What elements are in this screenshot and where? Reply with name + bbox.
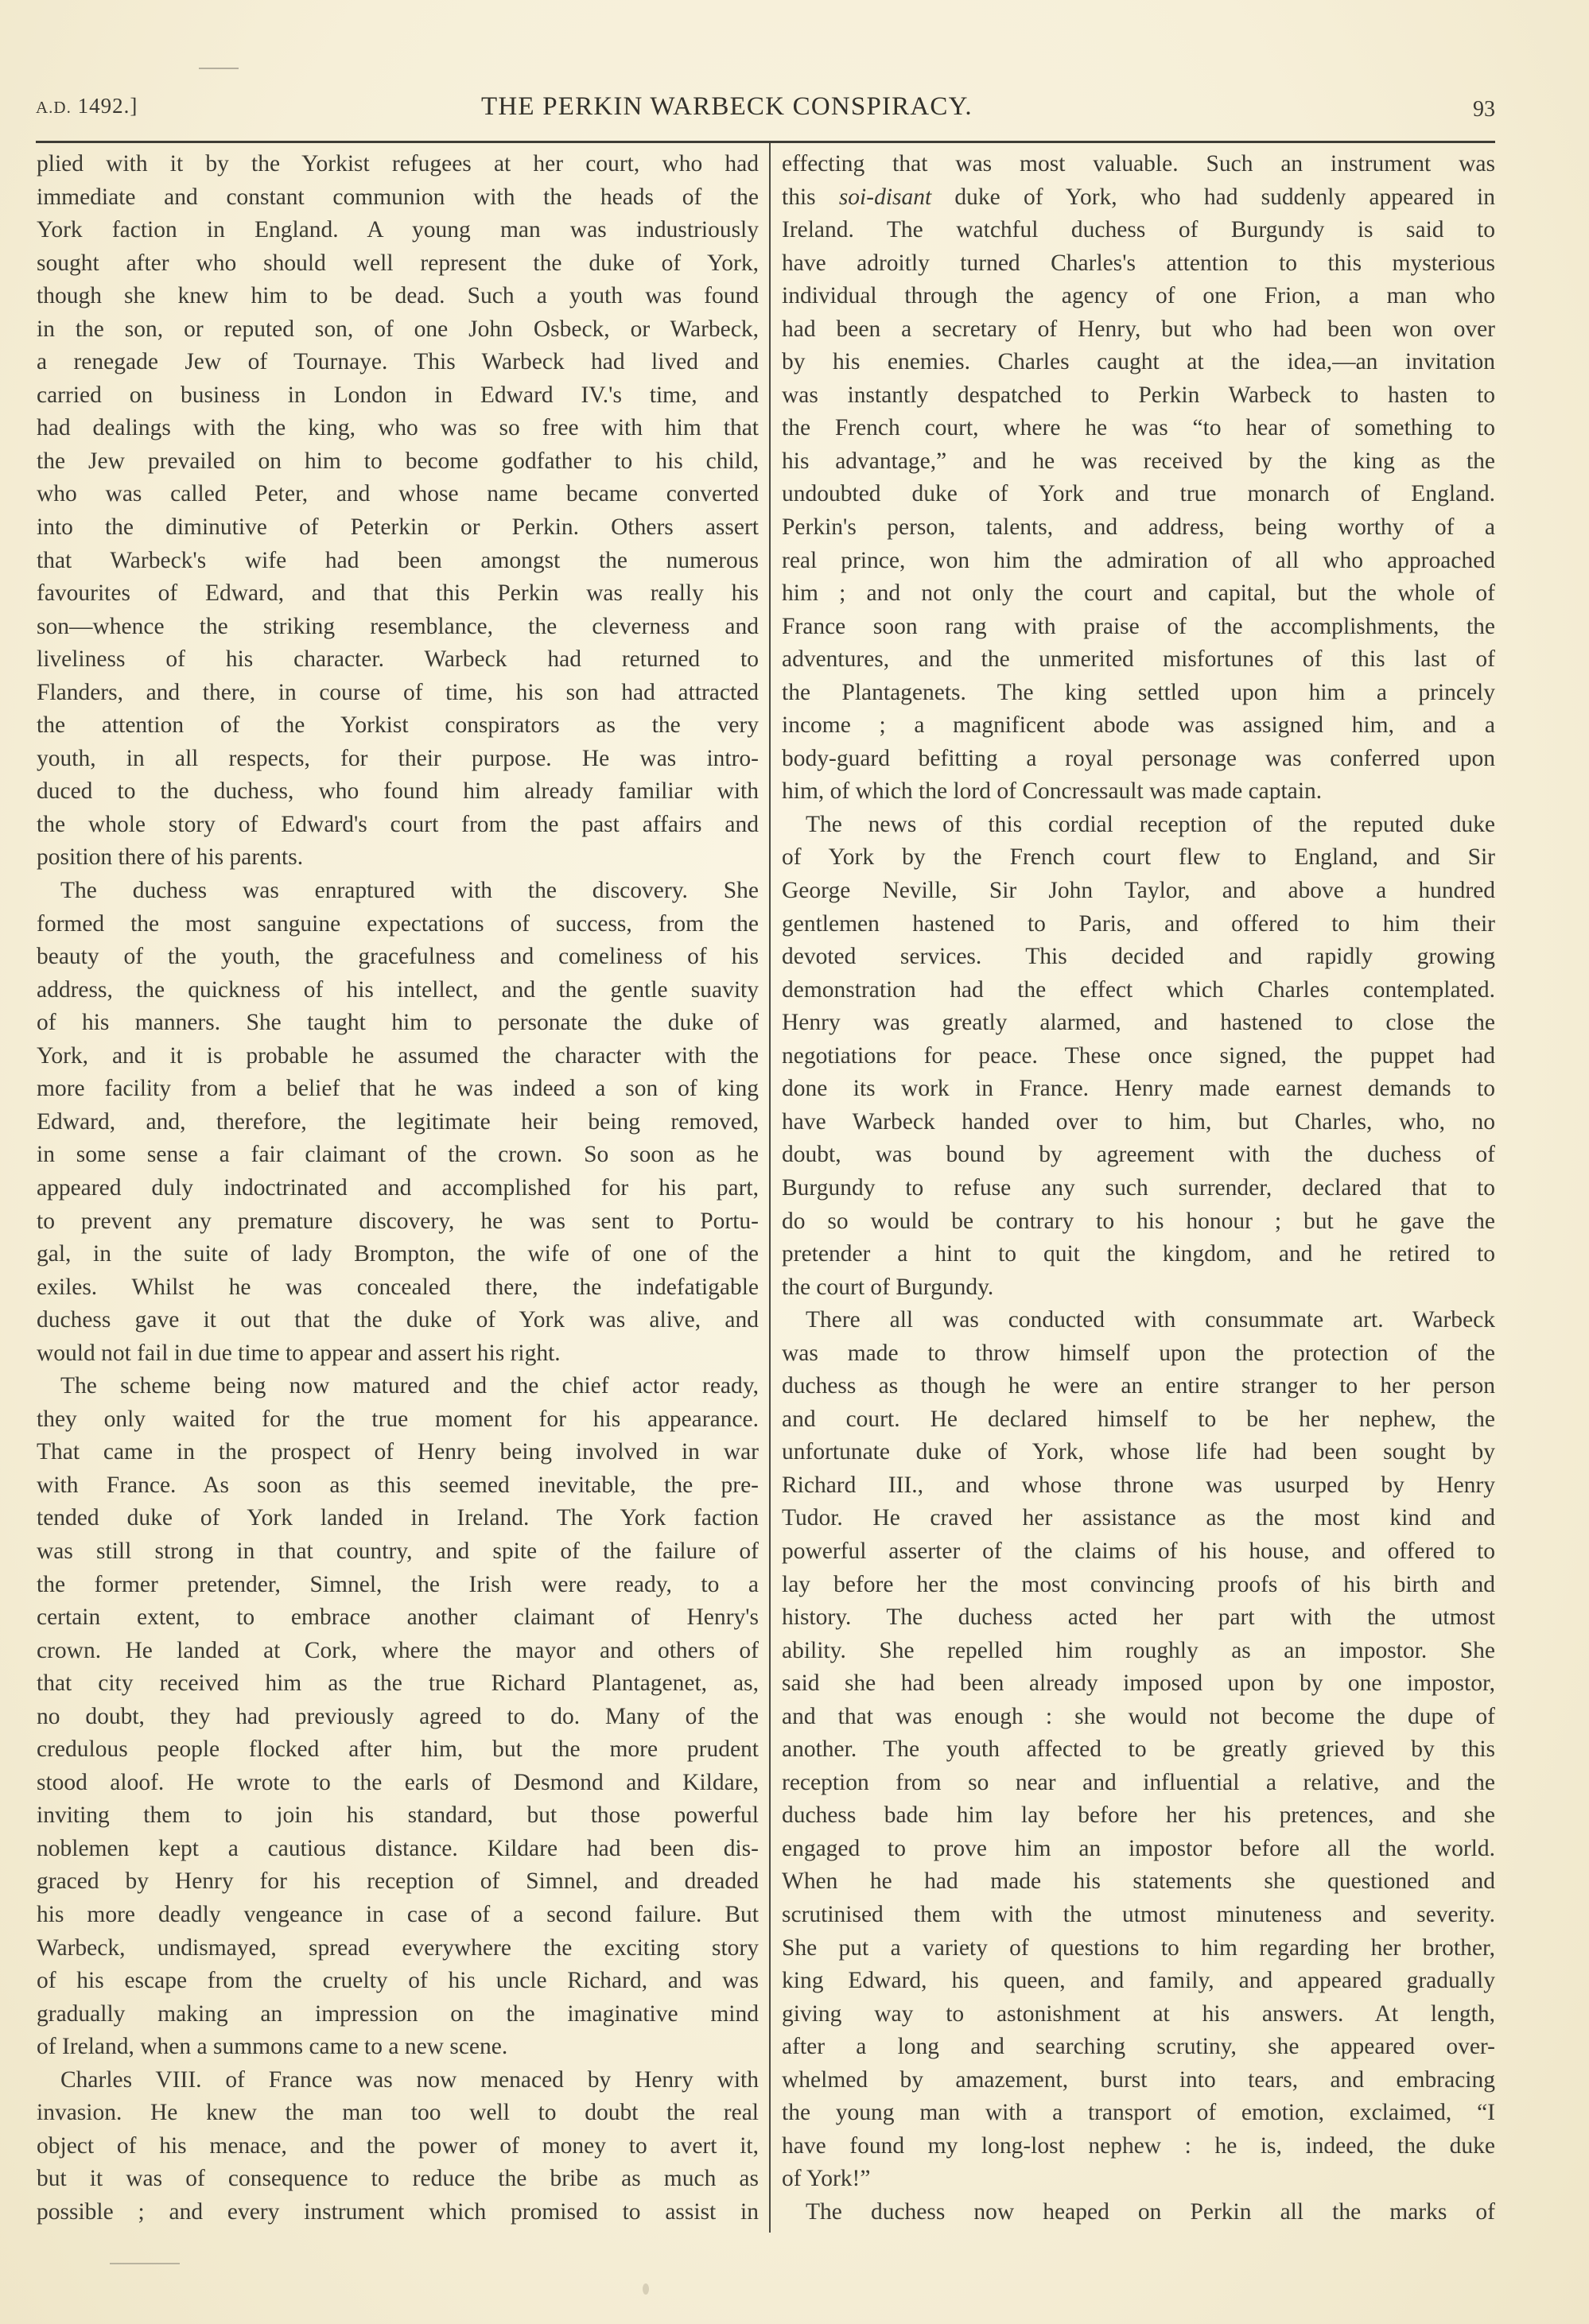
text-line: plied with it by the Yorkist refugees at… [37, 148, 759, 181]
text-line: liveliness of his character. Warbeck had… [37, 643, 759, 677]
text-line: Burgundy to refuse any such surrender, d… [782, 1172, 1495, 1205]
text-line: in some sense a fair claimant of the cro… [37, 1139, 759, 1172]
paper-stain [643, 2283, 649, 2295]
text-line: Tudor. He craved her assistance as the m… [782, 1502, 1495, 1535]
text-line: they only waited for the true moment for… [37, 1403, 759, 1437]
text-line: beauty of the youth, the gracefulness an… [37, 941, 759, 974]
text-line: Henry was greatly alarmed, and hastened … [782, 1007, 1495, 1040]
text-line: York, and it is probable he assumed the … [37, 1040, 759, 1073]
text-line: stood aloof. He wrote to the earls of De… [37, 1767, 759, 1800]
text-line: gradually making an impression on the im… [37, 1998, 759, 2031]
text-line: noblemen kept a cautious distance. Kilda… [37, 1833, 759, 1866]
text-line: position there of his parents. [37, 841, 759, 875]
text-line: giving way to astonishment at his answer… [782, 1998, 1495, 2031]
text-line: George Neville, Sir John Taylor, and abo… [782, 875, 1495, 908]
text-line: who was called Peter, and whose name bec… [37, 478, 759, 511]
text-line: duchess bade him lay before her his pret… [782, 1799, 1495, 1833]
text-line: Edward, and, therefore, the legitimate h… [37, 1106, 759, 1139]
running-header: A.D. 1492.] THE PERKIN WARBECK CONSPIRAC… [36, 94, 1495, 126]
text-line: possible ; and every instrument which pr… [37, 2196, 759, 2229]
text-line: youth, in all respects, for their purpos… [37, 743, 759, 776]
text-line: The scheme being now matured and the chi… [37, 1370, 759, 1403]
text-line: crown. He landed at Cork, where the mayo… [37, 1635, 759, 1668]
text-line: his advantage,” and he was received by t… [782, 445, 1495, 479]
text-line: certain extent, to embrace another claim… [37, 1601, 759, 1635]
text-line: effecting that was most valuable. Such a… [782, 148, 1495, 181]
text-line: and court. He declared himself to be her… [782, 1403, 1495, 1437]
text-line: gentlemen hastened to Paris, and offered… [782, 908, 1495, 941]
text-line: Flanders, and there, in course of time, … [37, 677, 759, 710]
text-line: duchess gave it out that the duke of Yor… [37, 1304, 759, 1337]
text-line: his more deadly vengeance in case of a s… [37, 1899, 759, 1932]
text-line: was made to throw himself upon the prote… [782, 1337, 1495, 1371]
text-line: demonstration had the effect which Charl… [782, 974, 1495, 1007]
text-line: the young man with a transport of emotio… [782, 2097, 1495, 2130]
text-line: When he had made his statements she ques… [782, 1865, 1495, 1899]
text-line: tended duke of York landed in Ireland. T… [37, 1502, 759, 1535]
text-line: said she had been already imposed upon b… [782, 1667, 1495, 1701]
text-line: lay before her the most convincing proof… [782, 1569, 1495, 1602]
text-line: of York by the French court flew to Engl… [782, 841, 1495, 875]
text-line: the court of Burgundy. [782, 1271, 1495, 1305]
text-line: object of his menace, and the power of m… [37, 2130, 759, 2163]
text-line: favourites of Edward, and that this Perk… [37, 577, 759, 611]
text-line: this soi-disant duke of York, who had su… [782, 181, 1495, 215]
text-line: whelmed by amazement, burst into tears, … [782, 2064, 1495, 2097]
text-line: Ireland. The watchful duchess of Burgund… [782, 214, 1495, 247]
text-line: pretender a hint to quit the kingdom, an… [782, 1238, 1495, 1271]
text-line: the French court, where he was “to hear … [782, 412, 1495, 445]
text-line: him, of which the lord of Concressault w… [782, 775, 1495, 809]
text-line: body-guard befitting a royal personage w… [782, 743, 1495, 776]
text-line: that Warbeck's wife had been amongst the… [37, 545, 759, 578]
text-line: sought after who should well represent t… [37, 247, 759, 281]
text-line: another. The youth affected to be greatl… [782, 1733, 1495, 1767]
text-line: duchess as though he were an entire stra… [782, 1370, 1495, 1403]
text-line: York faction in England. A young man was… [37, 214, 759, 247]
running-date: A.D. 1492.] [36, 94, 138, 118]
left-column: plied with it by the Yorkist refugees at… [37, 148, 759, 2229]
text-line: the whole story of Edward's court from t… [37, 809, 759, 842]
text-line: history. The duchess acted her part with… [782, 1601, 1495, 1635]
text-line: in the son, or reputed son, of one John … [37, 313, 759, 347]
page-number: 93 [1473, 97, 1495, 122]
text-line: would not fail in due time to appear and… [37, 1337, 759, 1371]
italic-phrase: soi-disant [839, 184, 931, 210]
text-line: engaged to prove him an impostor before … [782, 1833, 1495, 1866]
text-line: ability. She repelled him roughly as an … [782, 1635, 1495, 1668]
text-line: and that was enough : she would not beco… [782, 1701, 1495, 1734]
text-line: was still strong in that country, and sp… [37, 1535, 759, 1569]
text-line: doubt, was bound by agreement with the d… [782, 1139, 1495, 1172]
text-line: formed the most sanguine expectations of… [37, 908, 759, 941]
footer-mark [110, 2263, 180, 2264]
text-line: with France. As soon as this seemed inev… [37, 1469, 759, 1503]
text-line: king Edward, his queen, and family, and … [782, 1965, 1495, 1998]
text-line: him ; and not only the court and capital… [782, 577, 1495, 611]
text-line: no doubt, they had previously agreed to … [37, 1701, 759, 1734]
text-line: though she knew him to be dead. Such a y… [37, 280, 759, 313]
text-line: exiles. Whilst he was concealed there, t… [37, 1271, 759, 1305]
text-line: There all was conducted with consummate … [782, 1304, 1495, 1337]
text-line: that city received him as the true Richa… [37, 1667, 759, 1701]
text-line: but it was of consequence to reduce the … [37, 2163, 759, 2196]
text-line: income ; a magnificent abode was assigne… [782, 709, 1495, 743]
text-line: scrutinised them with the utmost minuten… [782, 1899, 1495, 1932]
text-line: address, the quickness of his intellect,… [37, 974, 759, 1007]
text-line: adventures, and the unmerited misfortune… [782, 643, 1495, 677]
text-line: after a long and searching scrutiny, she… [782, 2031, 1495, 2064]
text-line: have Warbeck handed over to him, but Cha… [782, 1106, 1495, 1139]
text-line: have adroitly turned Charles's attention… [782, 247, 1495, 281]
text-line: the attention of the Yorkist conspirator… [37, 709, 759, 743]
text-line: of his manners. She taught him to person… [37, 1007, 759, 1040]
text-line: unfortunate duke of York, whose life had… [782, 1436, 1495, 1469]
printer-mark [199, 68, 239, 69]
text-line: the former pretender, Simnel, the Irish … [37, 1569, 759, 1602]
text-line: the Jew prevailed on him to become godfa… [37, 445, 759, 479]
text-line: a renegade Jew of Tournaye. This Warbeck… [37, 346, 759, 379]
text-line: Richard III., and whose throne was usurp… [782, 1469, 1495, 1503]
text-line: of York!” [782, 2163, 1495, 2196]
text-line: Charles VIII. of France was now menaced … [37, 2064, 759, 2097]
text-line: immediate and constant communion with th… [37, 181, 759, 215]
text-line: Perkin's person, talents, and address, b… [782, 511, 1495, 545]
text-line: into the diminutive of Peterkin or Perki… [37, 511, 759, 545]
text-line: reception from so near and influential a… [782, 1767, 1495, 1800]
text-line: That came in the prospect of Henry being… [37, 1436, 759, 1469]
text-line: more facility from a belief that he was … [37, 1073, 759, 1106]
text-line: The duchess was enraptured with the disc… [37, 875, 759, 908]
text-line: real prince, won him the admiration of a… [782, 545, 1495, 578]
text-line: the Plantagenets. The king settled upon … [782, 677, 1495, 710]
right-column: effecting that was most valuable. Such a… [782, 148, 1495, 2229]
text-line: The duchess now heaped on Perkin all the… [782, 2196, 1495, 2229]
text-line: Warbeck, undismayed, spread everywhere t… [37, 1932, 759, 1965]
text-line: appeared duly indoctrinated and accompli… [37, 1172, 759, 1205]
text-line: powerful asserter of the claims of his h… [782, 1535, 1495, 1569]
text-line: had been a secretary of Henry, but who h… [782, 313, 1495, 347]
text-line: credulous people flocked after him, but … [37, 1733, 759, 1767]
text-line: devoted services. This decided and rapid… [782, 941, 1495, 974]
running-title: THE PERKIN WARBECK CONSPIRACY. [481, 92, 973, 122]
text-line: She put a variety of questions to him re… [782, 1932, 1495, 1965]
text-line: individual through the agency of one Fri… [782, 280, 1495, 313]
text-line: duced to the duchess, who found him alre… [37, 775, 759, 809]
text-line: negotiations for peace. These once signe… [782, 1040, 1495, 1073]
text-line: The news of this cordial reception of th… [782, 809, 1495, 842]
text-line: graced by Henry for his reception of Sim… [37, 1865, 759, 1899]
text-line: gal, in the suite of lady Brompton, the … [37, 1238, 759, 1271]
column-divider [769, 143, 771, 2233]
text-line: by his enemies. Charles caught at the id… [782, 346, 1495, 379]
text-line: of Ireland, when a summons came to a new… [37, 2031, 759, 2064]
text-line: done its work in France. Henry made earn… [782, 1073, 1495, 1106]
text-line: was instantly despatched to Perkin Warbe… [782, 379, 1495, 413]
book-page: A.D. 1492.] THE PERKIN WARBECK CONSPIRAC… [0, 0, 1589, 2324]
text-line: do so would be contrary to his honour ; … [782, 1205, 1495, 1239]
text-line: have found my long-lost nephew : he is, … [782, 2130, 1495, 2163]
text-line: of his escape from the cruelty of his un… [37, 1965, 759, 1998]
text-line: carried on business in London in Edward … [37, 379, 759, 413]
text-line: had dealings with the king, who was so f… [37, 412, 759, 445]
text-line: to prevent any premature discovery, he w… [37, 1205, 759, 1239]
text-line: invasion. He knew the man too well to do… [37, 2097, 759, 2130]
text-line: undoubted duke of York and true monarch … [782, 478, 1495, 511]
header-rule [36, 141, 1495, 143]
text-line: inviting them to join his standard, but … [37, 1799, 759, 1833]
text-line: son—whence the striking resemblance, the… [37, 611, 759, 644]
text-line: France soon rang with praise of the acco… [782, 611, 1495, 644]
